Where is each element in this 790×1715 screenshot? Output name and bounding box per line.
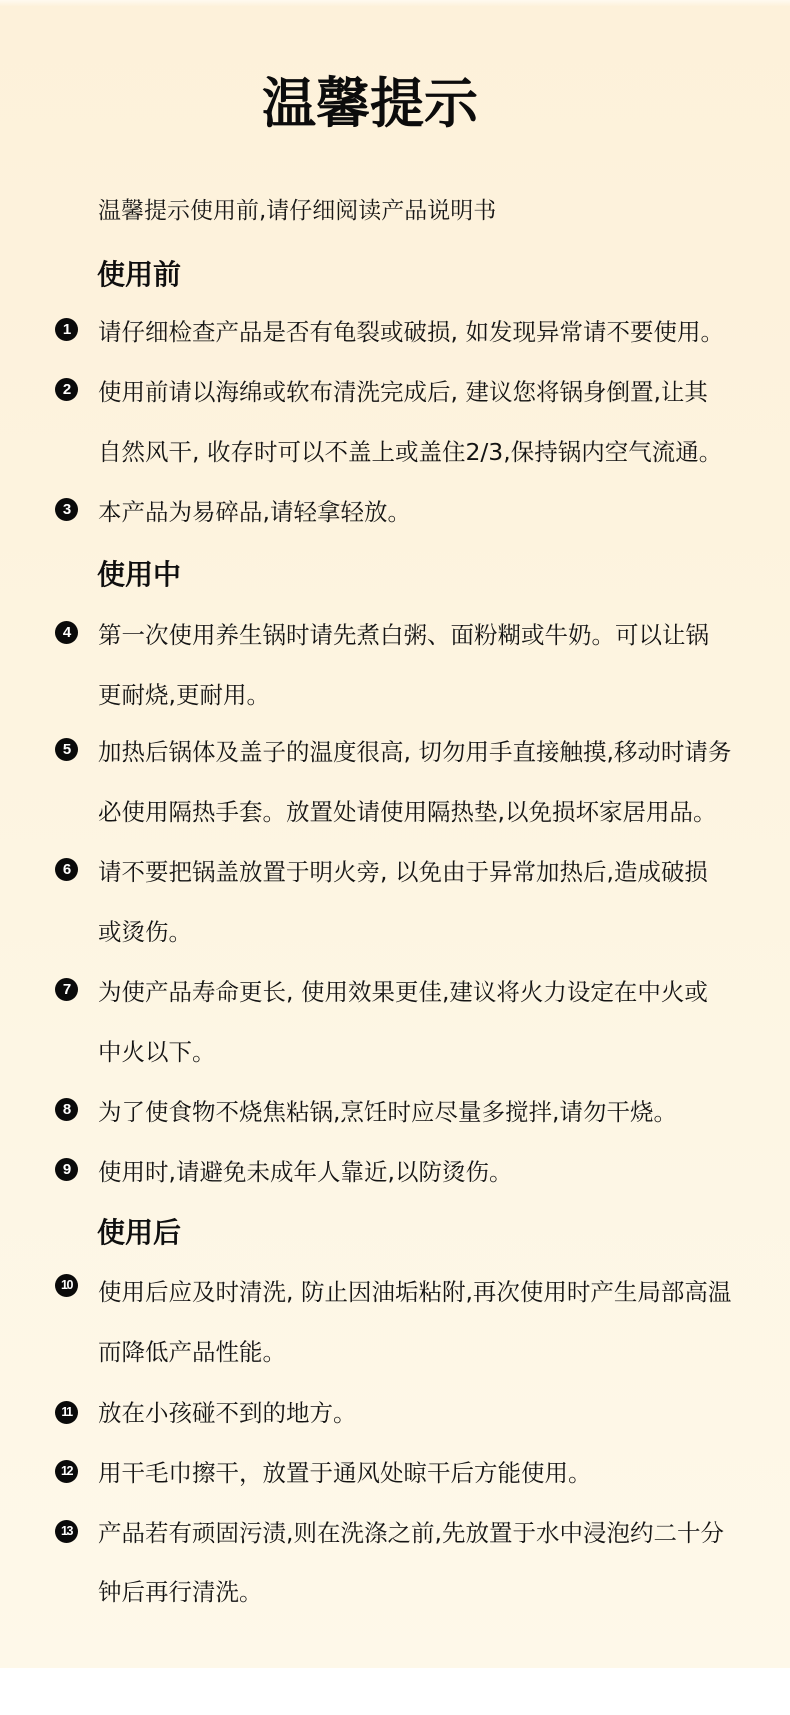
item-text-line: 为了使食物不烧焦粘锅,烹饪时应尽量多搅拌,请勿干烧。 — [98, 1097, 677, 1127]
item-text-line: 使用后应及时清洗, 防止因油垢粘附,再次使用时产生局部高温 — [98, 1277, 731, 1307]
circled-number-10-icon: 10 — [55, 1274, 78, 1297]
item-text-line: 或烫伤。 — [98, 917, 192, 947]
circled-number-7-icon: 7 — [55, 978, 78, 1001]
section-heading-during-use: 使用中 — [97, 558, 181, 592]
circled-number-3-icon: 3 — [55, 498, 78, 521]
tips-panel: 温馨提示 温馨提示使用前,请仔细阅读产品说明书 使用前 1 请仔细检查产品是否有… — [0, 0, 790, 1668]
circled-number-12-icon: 12 — [55, 1460, 78, 1483]
item-text-line: 第一次使用养生锅时请先煮白粥、面粉糊或牛奶。可以让锅 — [98, 620, 709, 650]
circled-number-9-icon: 9 — [55, 1158, 78, 1181]
item-text-line: 请仔细检查产品是否有龟裂或破损, 如发现异常请不要使用。 — [98, 317, 724, 347]
item-text-line: 自然风干, 收存时可以不盖上或盖住2/3,保持锅内空气流通。 — [98, 437, 722, 467]
circled-number-6-icon: 6 — [55, 858, 78, 881]
item-text-line: 产品若有顽固污渍,则在洗涤之前,先放置于水中浸泡约二十分 — [98, 1518, 724, 1548]
item-text-line: 请不要把锅盖放置于明火旁, 以免由于异常加热后,造成破损 — [98, 857, 708, 887]
circled-number-8-icon: 8 — [55, 1098, 78, 1121]
bottom-margin — [0, 1668, 790, 1715]
circled-number-1-icon: 1 — [55, 318, 78, 341]
item-text-line: 加热后锅体及盖子的温度很高, 切勿用手直接触摸,移动时请务 — [98, 737, 731, 767]
section-heading-after-use: 使用后 — [97, 1216, 181, 1250]
item-text-line: 为使产品寿命更长, 使用效果更佳,建议将火力设定在中火或 — [98, 977, 708, 1007]
circled-number-2-icon: 2 — [55, 378, 78, 401]
item-text-line: 使用前请以海绵或软布清洗完成后, 建议您将锅身倒置,让其 — [98, 377, 708, 407]
item-text-line: 中火以下。 — [98, 1037, 216, 1067]
subtitle: 温馨提示使用前,请仔细阅读产品说明书 — [98, 196, 496, 226]
circled-number-4-icon: 4 — [55, 621, 78, 644]
top-highlight-strip — [0, 0, 790, 6]
circled-number-11-icon: 11 — [55, 1401, 78, 1424]
circled-number-5-icon: 5 — [55, 738, 78, 761]
item-text-line: 使用时,请避免未成年人靠近,以防烫伤。 — [98, 1157, 512, 1187]
item-text-line: 本产品为易碎品,请轻拿轻放。 — [98, 497, 411, 527]
item-text-line: 更耐烧,更耐用。 — [98, 680, 270, 710]
item-text-line: 而降低产品性能。 — [98, 1337, 286, 1367]
item-text-line: 用干毛巾擦干，放置于通风处晾干后方能使用。 — [98, 1458, 592, 1488]
item-text-line: 放在小孩碰不到的地方。 — [98, 1398, 357, 1428]
circled-number-13-icon: 13 — [55, 1520, 78, 1543]
page-title: 温馨提示 — [0, 74, 740, 134]
section-heading-before-use: 使用前 — [97, 258, 181, 292]
item-text-line: 钟后再行清洗。 — [98, 1577, 263, 1607]
item-text-line: 必使用隔热手套。放置处请使用隔热垫,以免损坏家居用品。 — [98, 797, 716, 827]
